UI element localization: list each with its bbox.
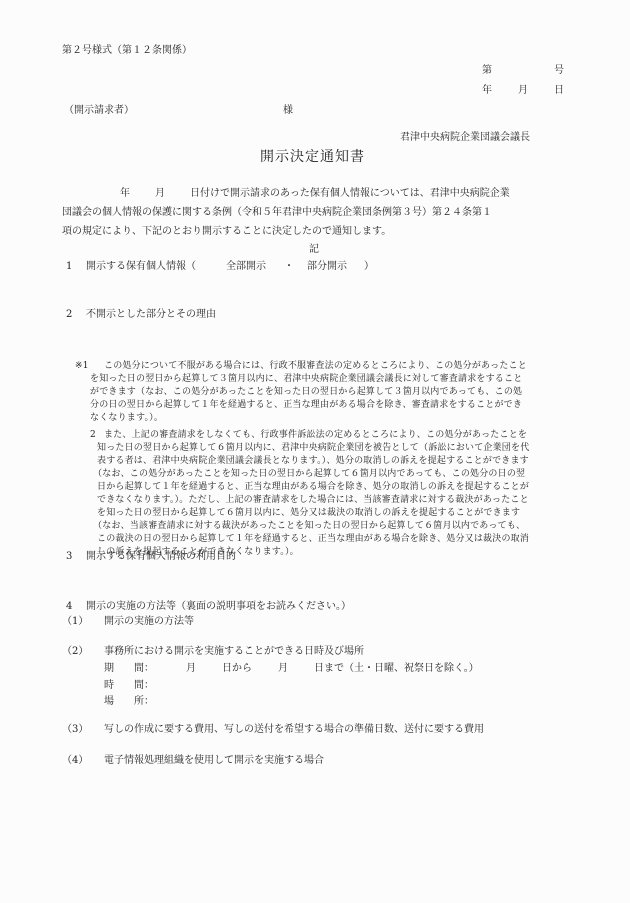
- section-1-number: 1: [66, 260, 72, 274]
- sub-2-number: （2）: [62, 645, 88, 659]
- note-1-line: ができます（なお、この処分があったことを知った日の翌日から起算して３箇月以内であ…: [90, 386, 522, 399]
- intro-line2: 団議会の個人情報の保護に関する条例（令和５年君津中央病院企業団条例第３号）第２４…: [62, 206, 492, 220]
- ki-heading: 記: [309, 243, 319, 257]
- doc-number-prefix: 第: [482, 64, 492, 78]
- period-month-until: 月: [278, 662, 288, 676]
- section-3-label: 開示する保有個人情報の利用目的: [86, 550, 236, 564]
- time-label: 時 間：: [104, 679, 154, 693]
- place-label: 場 所：: [104, 695, 154, 709]
- note-1-line: を知った日の翌日から起算して３箇月以内に、君津中央病院企業団議会議長に対して審査…: [90, 373, 522, 386]
- sub-3-label: 写しの作成に要する費用、写しの送付を希望する場合の準備日数、送付に要する費用: [104, 723, 484, 737]
- option-full-disclosure: 全部開示: [226, 260, 266, 274]
- note-2-line: できなくなります。）。ただし、上記の審査請求をした場合には、当該審査請求に対する…: [97, 494, 529, 507]
- recipient-label: （開示請求者）: [64, 104, 134, 118]
- section-4-number: 4: [66, 600, 72, 614]
- issuer-name: 君津中央病院企業団議会議長: [400, 131, 530, 145]
- date-month: 月: [518, 84, 528, 98]
- note-1-line: なくなります。）。: [90, 412, 163, 425]
- sub-3-number: （3）: [62, 723, 88, 737]
- date-year: 年: [482, 84, 492, 98]
- note-1-mark: ※1: [75, 360, 89, 373]
- section-4-label: 開示の実施の方法等（裏面の説明事項をお読みください。）: [86, 600, 351, 614]
- recipient-honorific: 様: [283, 104, 293, 118]
- note-1-line: 分の日の翌日から起算して１年を経過すると、正当な理由がある場合を除き、審査請求を…: [90, 399, 522, 412]
- section-1-close: ）: [364, 260, 374, 274]
- sub-2-label: 事務所における開示を実施することができる日時及び場所: [104, 645, 364, 659]
- note-2-line: また、上記の審査請求をしなくても、行政事件訴訟法の定めるところにより、この処分が…: [104, 429, 527, 442]
- section-3-number: 3: [66, 550, 72, 564]
- period-month-from: 月: [186, 662, 196, 676]
- note-2-line: （なお、当該審査請求に対する裁決があったことを知った日の翌日から起算して６箇月以…: [93, 520, 525, 533]
- form-number: 第２号様式（第１２条関係）: [62, 44, 192, 58]
- option-partial-disclosure: 部分開示: [307, 260, 347, 274]
- note-2-line: （なお、この処分があったことを知った日の翌日から起算して６箇月以内であっても、こ…: [93, 468, 525, 481]
- date-day: 日: [554, 84, 564, 98]
- section-2-label: 不開示とした部分とその理由: [86, 308, 216, 322]
- period-label: 期 間：: [104, 662, 154, 676]
- note-2-mark: 2: [90, 429, 96, 442]
- sub-4-number: （4）: [62, 754, 88, 768]
- sub-1-number: （1）: [62, 615, 88, 629]
- note-1-line: この処分について不服がある場合には、行政不服審査法の定めるところにより、この処分…: [104, 360, 527, 373]
- sub-4-label: 電子情報処理組織を使用して開示を実施する場合: [104, 754, 324, 768]
- note-2-line: 日から起算して１年を経過すると、正当な理由がある場合を除き、処分の取消しの訴えを…: [97, 481, 529, 494]
- sub-1-label: 開示の実施の方法等: [104, 615, 194, 629]
- intro-month: 月: [155, 187, 165, 201]
- intro-year: 年: [120, 187, 130, 201]
- doc-number-suffix: 号: [554, 64, 564, 78]
- note-2-line: 表する者は、君津中央病院企業団議会議長となります。）、処分の取消しの訴えを提起す…: [97, 455, 529, 468]
- section-2-number: 2: [66, 308, 72, 322]
- period-from: 日から: [222, 662, 252, 676]
- option-separator: ・: [284, 260, 294, 274]
- note-2-line: を知った日の翌日から起算して６箇月以内に、処分又は裁決の取消しの訴えを提起するこ…: [97, 507, 520, 520]
- intro-line3: 項の規定により、下記のとおり開示することに決定したので通知します。: [62, 225, 391, 239]
- page-title: 開示決定通知書: [260, 148, 365, 166]
- section-1-label: 開示する保有個人情報（: [86, 260, 196, 274]
- note-2-line: 知った日の翌日から起算して６箇月以内に、君津中央病院企業団を被告として（訴訟にお…: [97, 442, 529, 455]
- note-2-line: この裁決の日の翌日から起算して１年を経過すると、正当な理由がある場合を除き、処分…: [97, 533, 529, 546]
- period-until: 日まで（土・日曜、祝祭日を除く。）: [314, 662, 479, 676]
- intro-line1: 日付けで開示請求のあった保有個人情報については、君津中央病院企業: [190, 187, 510, 201]
